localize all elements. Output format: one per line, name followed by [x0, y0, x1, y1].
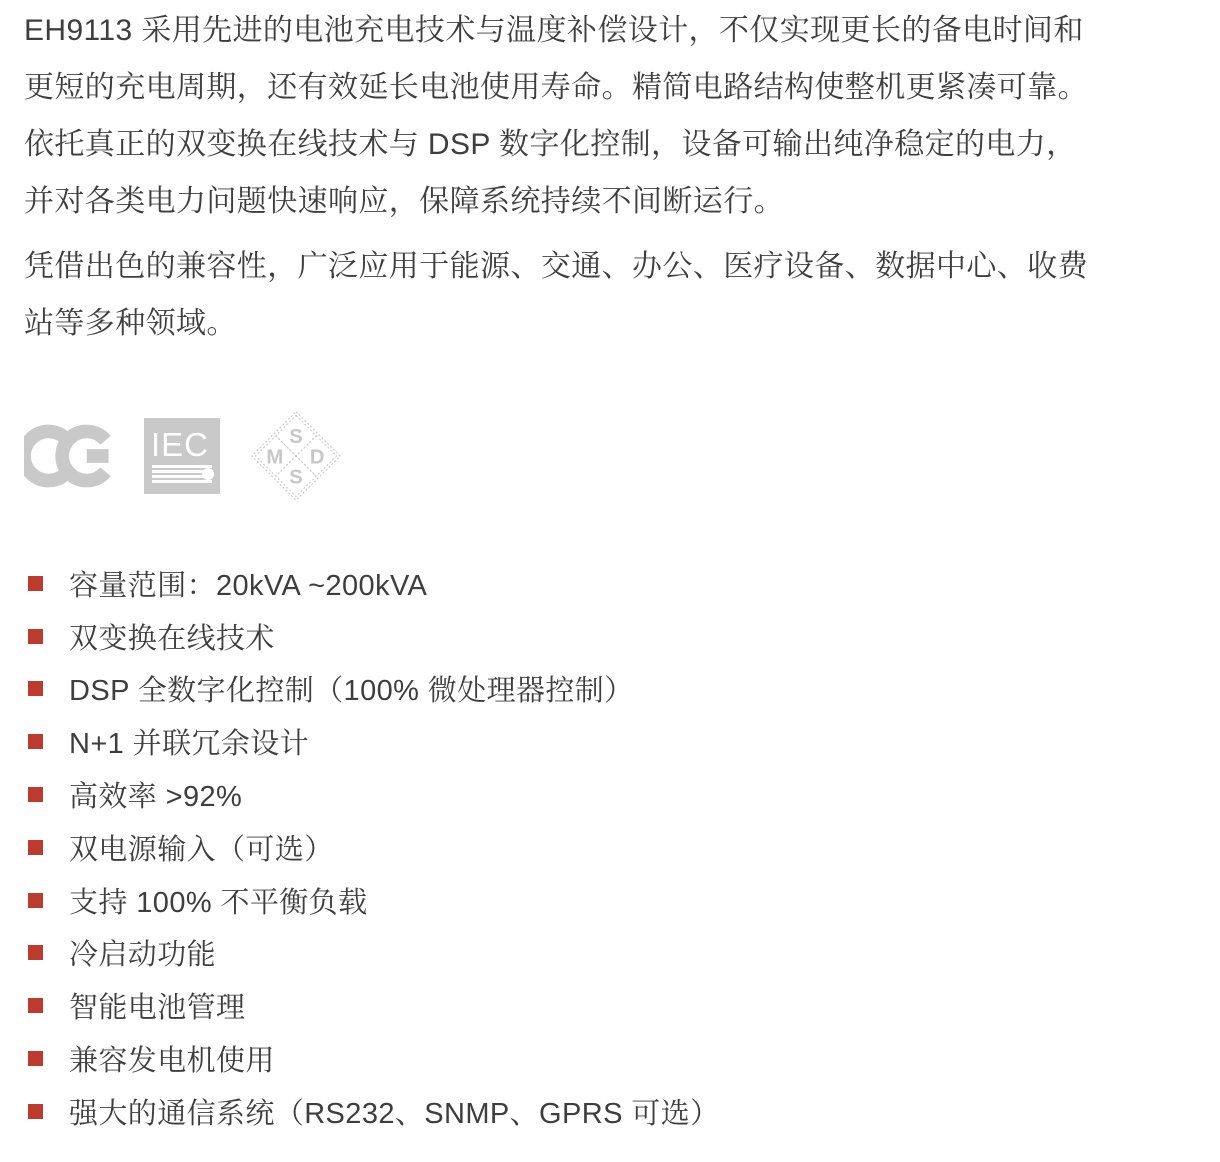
- iec-label: IEC: [151, 428, 209, 462]
- intro-paragraph-1: EH9113 采用先进的电池充电技术与温度补偿设计，不仅实现更长的备电时间和 更…: [24, 2, 1196, 230]
- bullet-square-icon: [28, 629, 43, 644]
- bullet-square-icon: [28, 945, 43, 960]
- feature-text: 兼容发电机使用: [69, 1038, 275, 1079]
- feature-text: 双电源输入（可选）: [69, 827, 334, 868]
- bullet-square-icon: [28, 734, 43, 749]
- smsd-letter-right: D: [310, 446, 325, 468]
- feature-text: 容量范围：20kVA ~200kVA: [69, 563, 427, 604]
- bullet-square-icon: [28, 787, 43, 802]
- feature-text: 支持 100% 不平衡负载: [69, 880, 368, 921]
- feature-list-item: 高效率 >92%: [24, 768, 1196, 821]
- product-intro-section: EH9113 采用先进的电池充电技术与温度补偿设计，不仅实现更长的备电时间和 更…: [24, 2, 1196, 352]
- intro-paragraph-2: 凭借出色的兼容性，广泛应用于能源、交通、办公、医疗设备、数据中心、收费 站等多种…: [24, 238, 1196, 352]
- bullet-square-icon: [28, 1104, 43, 1119]
- bullet-square-icon: [28, 840, 43, 855]
- bullet-square-icon: [28, 998, 43, 1013]
- iec-logo-icon: IEC: [144, 418, 220, 494]
- feature-list-item: 兼容发电机使用: [24, 1032, 1196, 1085]
- feature-list-item: 智能电池管理: [24, 979, 1196, 1032]
- bullet-square-icon: [28, 1051, 43, 1066]
- feature-text: 双变换在线技术: [69, 616, 275, 657]
- feature-text: DSP 全数字化控制（100% 微处理器控制）: [69, 668, 634, 709]
- bullet-square-icon: [28, 893, 43, 908]
- iec-lines: [152, 465, 212, 483]
- feature-list-item: 双电源输入（可选）: [24, 821, 1196, 874]
- bullet-square-icon: [28, 576, 43, 591]
- feature-text: 强大的通信系统（RS232、SNMP、GPRS 可选）: [69, 1091, 720, 1132]
- bullet-square-icon: [28, 681, 43, 696]
- feature-text: 高效率 >92%: [69, 774, 242, 815]
- feature-list-item: 容量范围：20kVA ~200kVA: [24, 557, 1196, 610]
- product-description-page: EH9113 采用先进的电池充电技术与温度补偿设计，不仅实现更长的备电时间和 更…: [0, 0, 1220, 1162]
- feature-list-item: 双变换在线技术: [24, 610, 1196, 663]
- feature-list-item: N+1 并联冗余设计: [24, 715, 1196, 768]
- iec-dot-icon: [202, 468, 214, 480]
- smsd-diamond-icon: S M D S: [250, 410, 342, 502]
- feature-text: 智能电池管理: [69, 985, 245, 1026]
- feature-text: 冷启动功能: [69, 932, 216, 973]
- feature-list-item: DSP 全数字化控制（100% 微处理器控制）: [24, 663, 1196, 716]
- smsd-letter-left: M: [266, 446, 283, 468]
- feature-list: 容量范围：20kVA ~200kVA 双变换在线技术 DSP 全数字化控制（10…: [24, 557, 1196, 1138]
- certification-logos-row: IEC S M D S: [24, 410, 1196, 502]
- feature-list-item: 冷启动功能: [24, 927, 1196, 980]
- ce-mark-icon: [24, 420, 114, 492]
- feature-list-item: 强大的通信系统（RS232、SNMP、GPRS 可选）: [24, 1085, 1196, 1138]
- smsd-letter-bottom: S: [289, 467, 303, 489]
- smsd-letter-top: S: [289, 426, 303, 448]
- feature-list-item: 支持 100% 不平衡负载: [24, 874, 1196, 927]
- feature-text: N+1 并联冗余设计: [69, 721, 309, 762]
